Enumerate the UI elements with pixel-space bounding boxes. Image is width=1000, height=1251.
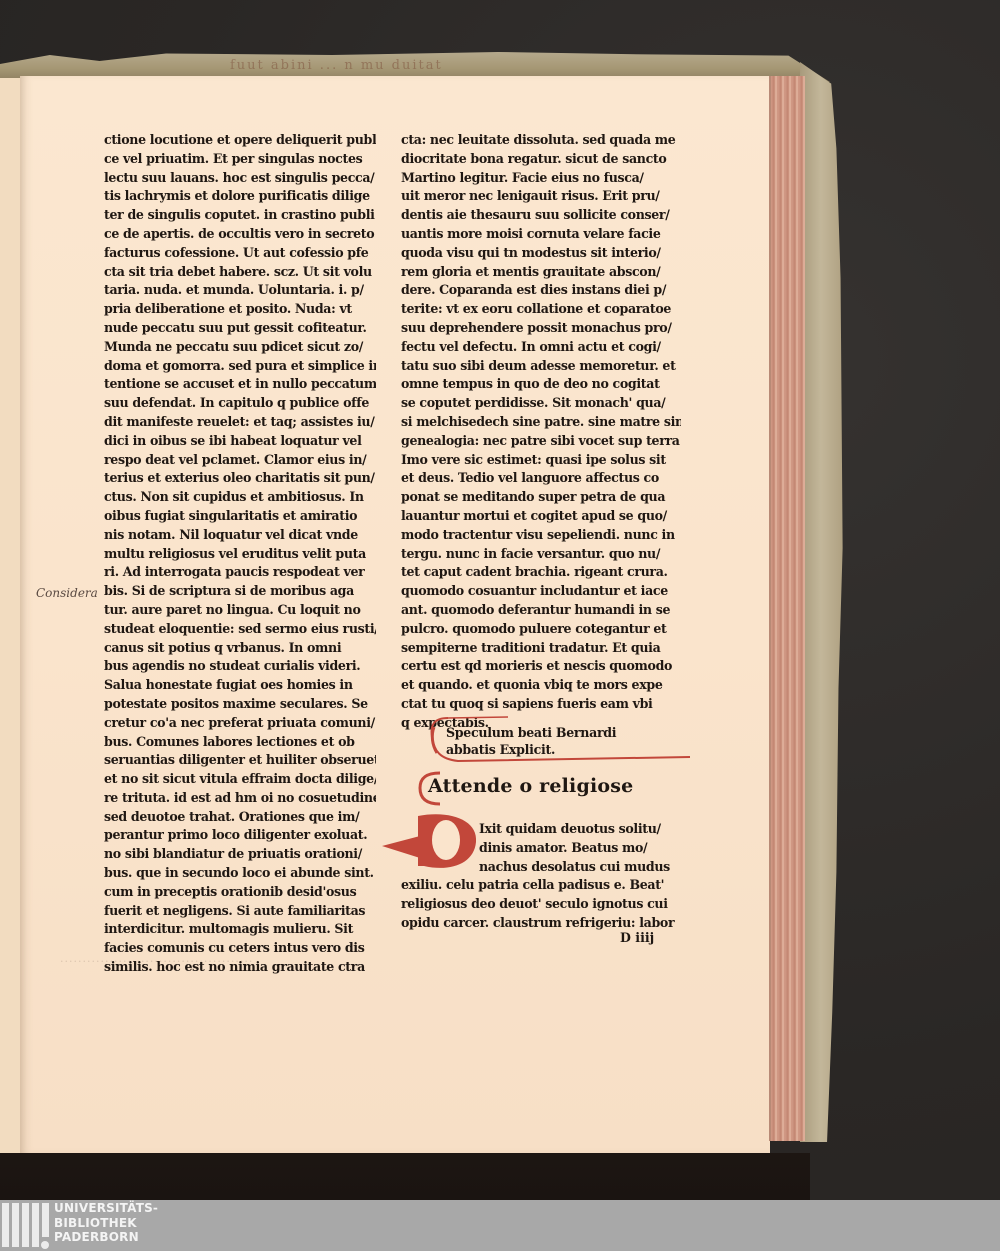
text-line: terius et exterius oleo charitatis sit p…	[104, 469, 376, 488]
library-name: UNIVERSITÄTS- BIBLIOTHEK PADERBORN	[54, 1201, 158, 1245]
text-line: facturus cofessione. Ut aut cofessio pfe	[104, 244, 376, 263]
text-line: diocritate bona regatur. sicut de sancto	[401, 150, 681, 169]
text-line: bus. Comunes labores lectiones et ob	[104, 733, 376, 752]
text-line: ce de apertis. de occultis vero in secre…	[104, 225, 376, 244]
cover-ghost-text: fuut abini ... n mu duitat	[230, 58, 750, 72]
section-heading: Attende o religiose	[428, 775, 633, 797]
text-line: respo deat vel pclamet. Clamor eius in/	[104, 451, 376, 470]
text-line: multu religiosus vel eruditus velit puta	[104, 545, 376, 564]
text-line: pria deliberatione et posito. Nuda: vt	[104, 300, 376, 319]
text-line: fectu vel defectu. In omni actu et cogi/	[401, 338, 681, 357]
text-line: fuerit et negligens. Si aute familiarita…	[104, 902, 376, 921]
text-line: Imo vere sic estimet: quasi ipe solus si…	[401, 451, 681, 470]
text-line: si melchisedech sine patre. sine matre s…	[401, 413, 681, 432]
text-line: ctus. Non sit cupidus et ambitiosus. In	[104, 488, 376, 507]
text-line: tentione se accuset et in nullo peccatum	[104, 375, 376, 394]
text-line: nude peccatu suu put gessit cofiteatur.	[104, 319, 376, 338]
text-line: canus sit potius q vrbanus. In omni	[104, 639, 376, 658]
page-stack-edge	[769, 76, 805, 1141]
text-line: perantur primo loco diligenter exoluat.	[104, 826, 376, 845]
text-line: Salua honestate fugiat oes homies in	[104, 676, 376, 695]
explicit-line-1: Speculum beati Bernardi	[446, 724, 616, 741]
signature-mark: D iiij	[620, 930, 654, 945]
text-line: no sibi blandiatur de priuatis orationi/	[104, 845, 376, 864]
text-line: modo tractentur visu sepeliendi. nunc in	[401, 526, 681, 545]
text-line: ter de singulis coputet. in crastino pub…	[104, 206, 376, 225]
text-line: Munda ne peccatu suu pdicet sicut zo/	[104, 338, 376, 357]
text-column-left: ctione locutione et opere deliquerit pub…	[104, 131, 376, 977]
text-line: nachus desolatus cui mudus	[401, 858, 681, 877]
explicit-colophon: Speculum beati Bernardi abbatis Explicit…	[446, 724, 616, 758]
text-line: ctat tu quoq si sapiens fueris eam vbi	[401, 695, 681, 714]
text-line: dici in oibus se ibi habeat loquatur vel	[104, 432, 376, 451]
text-line: dentis aie thesauru suu sollicite conser…	[401, 206, 681, 225]
text-line: genealogia: nec patre sibi vocet sup ter…	[401, 432, 681, 451]
text-line: Ixit quidam deuotus solitu/	[401, 820, 681, 839]
text-line: doma et gomorra. sed pura et simplice in	[104, 357, 376, 376]
library-name-line-1: UNIVERSITÄTS-	[54, 1201, 158, 1216]
text-line: cretur co'a nec preferat priuata comuni/	[104, 714, 376, 733]
text-line: bis. Si de scriptura si de moribus aga	[104, 582, 376, 601]
text-line: cta: nec leuitate dissoluta. sed quada m…	[401, 131, 681, 150]
text-line: pulcro. quomodo puluere cotegantur et	[401, 620, 681, 639]
text-line: ponat se meditando super petra de qua	[401, 488, 681, 507]
text-line: lauantur mortui et cogitet apud se quo/	[401, 507, 681, 526]
text-line: certu est qd morieris et nescis quomodo	[401, 657, 681, 676]
marginal-annotation: Considera	[36, 586, 98, 600]
text-line: taria. nuda. et munda. Uoluntaria. i. p/	[104, 281, 376, 300]
text-line: terite: vt ex eoru collatione et coparat…	[401, 300, 681, 319]
text-line: dere. Coparanda est dies instans diei p/	[401, 281, 681, 300]
library-name-line-2: BIBLIOTHEK	[54, 1216, 158, 1231]
text-line: studeat eloquentie: sed sermo eius rusti…	[104, 620, 376, 639]
text-line: rem gloria et mentis grauitate abscon/	[401, 263, 681, 282]
text-column-right: cta: nec leuitate dissoluta. sed quada m…	[401, 131, 681, 733]
text-line: et deus. Tedio vel languore affectus co	[401, 469, 681, 488]
text-line: ant. quomodo deferantur humandi in se	[401, 601, 681, 620]
show-through-text: ........................................…	[60, 952, 660, 966]
text-line: oibus fugiat singularitatis et amiratio	[104, 507, 376, 526]
text-line: bus agendis no studeat curialis videri.	[104, 657, 376, 676]
text-line: quomodo cosuantur includantur et iace	[401, 582, 681, 601]
text-line: dit manifeste reuelet: et taq; assistes …	[104, 413, 376, 432]
text-line: exiliu. celu patria cella padisus e. Bea…	[401, 876, 681, 895]
text-line: seruantias diligenter et huiliter obseru…	[104, 751, 376, 770]
section-body: Ixit quidam deuotus solitu/dinis amator.…	[401, 820, 681, 933]
text-line: ri. Ad interrogata paucis respodeat ver	[104, 563, 376, 582]
text-line: et quando. et quonia vbiq te mors expe	[401, 676, 681, 695]
text-line: potestate positos maxime seculares. Se	[104, 695, 376, 714]
library-logo-icon	[2, 1203, 46, 1251]
text-line: tis lachrymis et dolore purificatis dili…	[104, 187, 376, 206]
text-line: suu defendat. In capitulo q publice offe	[104, 394, 376, 413]
text-line: cta sit tria debet habere. scz. Ut sit v…	[104, 263, 376, 282]
text-line: sed deuotoe trahat. Orationes que im/	[104, 808, 376, 827]
text-line: tatu suo sibi deum adesse memoretur. et	[401, 357, 681, 376]
text-line: nis notam. Nil loquatur vel dicat vnde	[104, 526, 376, 545]
text-line: se coputet perdidisse. Sit monach' qua/	[401, 394, 681, 413]
text-line: interdicitur. multomagis mulieru. Sit	[104, 920, 376, 939]
text-line: tet caput cadent brachia. rigeant crura.	[401, 563, 681, 582]
text-line: re trituta. id est ad hm oi no cosuetudi…	[104, 789, 376, 808]
text-line: ctione locutione et opere deliquerit pub…	[104, 131, 376, 150]
text-line: tergu. nunc in facie versantur. quo nu/	[401, 545, 681, 564]
text-line: sempiterne traditioni tradatur. Et quia	[401, 639, 681, 658]
text-line: religiosus deo deuot' seculo ignotus cui	[401, 895, 681, 914]
text-line: quoda visu qui tn modestus sit interio/	[401, 244, 681, 263]
text-line: suu deprehendere possit monachus pro/	[401, 319, 681, 338]
text-line: uantis more moisi cornuta velare facie	[401, 225, 681, 244]
explicit-line-2: abbatis Explicit.	[446, 741, 616, 758]
text-line: tur. aure paret no lingua. Cu loquit no	[104, 601, 376, 620]
text-line: lectu suu lauans. hoc est singulis pecca…	[104, 169, 376, 188]
text-line: dinis amator. Beatus mo/	[401, 839, 681, 858]
text-line: bus. que in secundo loco ei abunde sint.	[104, 864, 376, 883]
text-line: ce vel priuatim. Et per singulas noctes	[104, 150, 376, 169]
text-line: omne tempus in quo de deo no cogitat	[401, 375, 681, 394]
text-line: cum in preceptis orationib desid'osus	[104, 883, 376, 902]
text-line: et no sit sicut vitula effraim docta dil…	[104, 770, 376, 789]
library-name-line-3: PADERBORN	[54, 1230, 158, 1245]
text-line: uit meror nec lenigauit risus. Erit pru/	[401, 187, 681, 206]
text-line: Martino legitur. Facie eius no fusca/	[401, 169, 681, 188]
page-shadow	[0, 1153, 810, 1200]
